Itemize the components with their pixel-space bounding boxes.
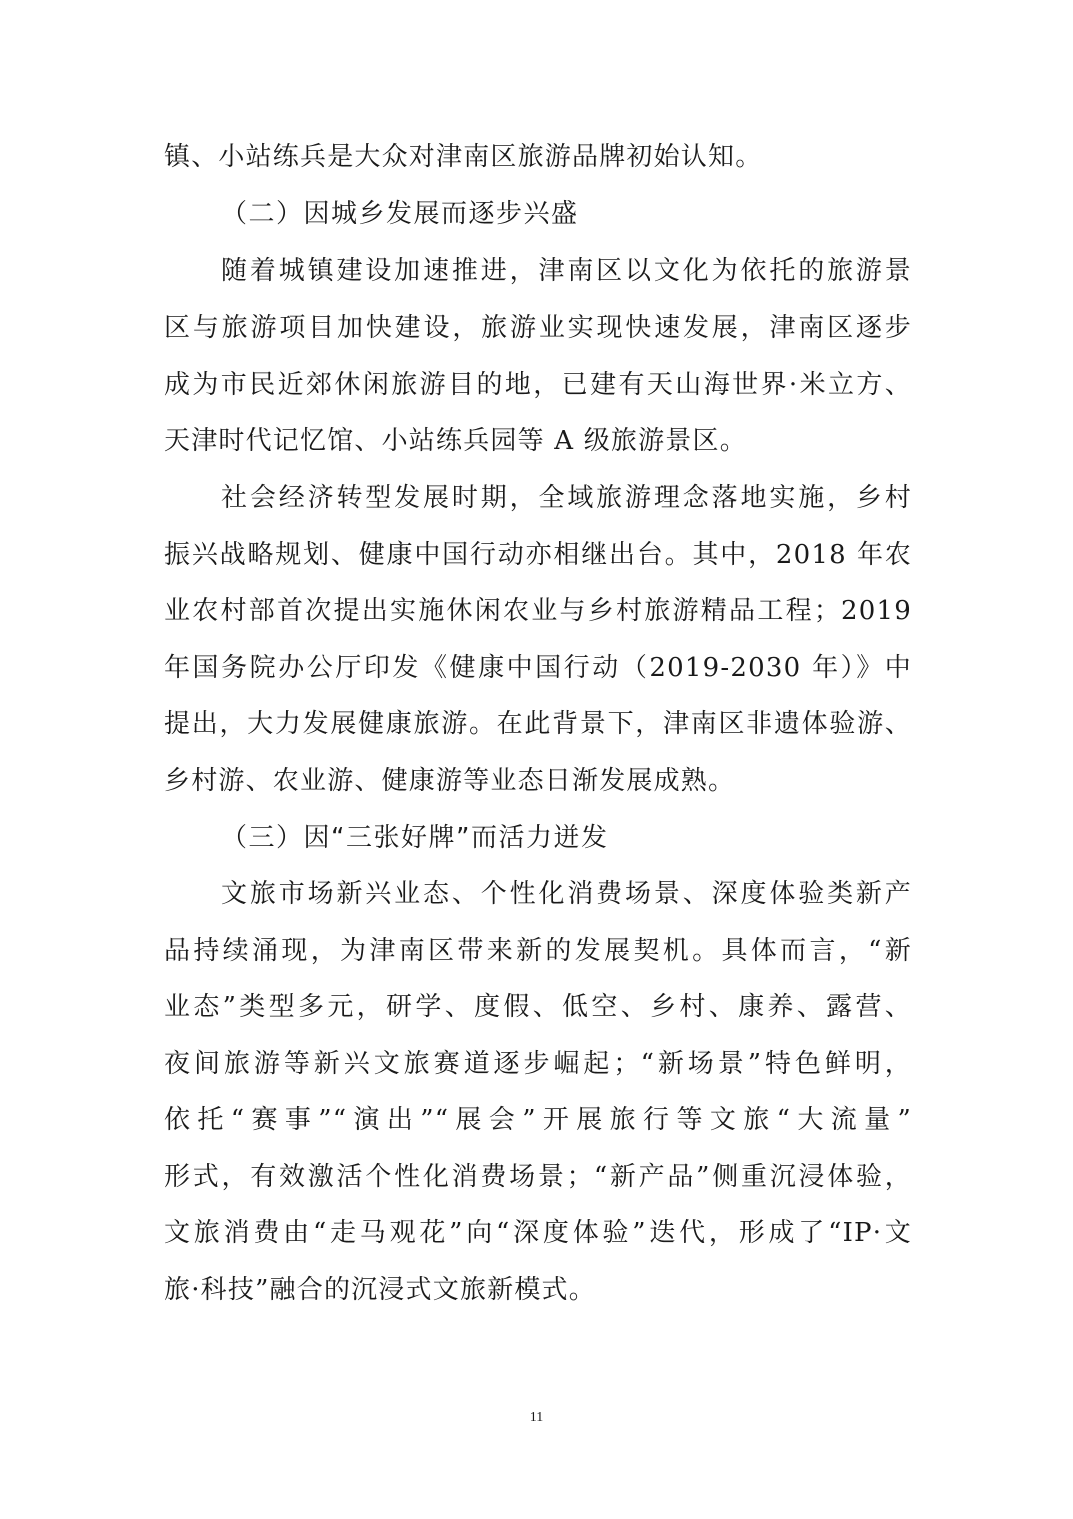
body-text-line: 业态”类型多元，研学、度假、低空、乡村、康养、露营、 bbox=[164, 990, 912, 1024]
body-text-line: 品持续涌现，为津南区带来新的发展契机。具体而言，“新 bbox=[164, 934, 912, 968]
document-page: 镇、小站练兵是大众对津南区旅游品牌初始认知。 （二）因城乡发展而逐步兴盛 随着城… bbox=[0, 0, 1073, 1519]
body-text-line: 振兴战略规划、健康中国行动亦相继出台。其中，2018 年农 bbox=[164, 538, 912, 572]
body-text-line: 依托“赛事”“演出”“展会”开展旅行等文旅“大流量” bbox=[164, 1103, 912, 1137]
body-text-line: 文旅消费由“走马观花”向“深度体验”迭代，形成了“IP·文 bbox=[164, 1216, 912, 1250]
body-text-line: 旅·科技”融合的沉浸式文旅新模式。 bbox=[164, 1273, 912, 1307]
body-text-line: 乡村游、农业游、健康游等业态日渐发展成熟。 bbox=[164, 764, 912, 798]
body-text-line: 区与旅游项目加快建设，旅游业实现快速发展，津南区逐步 bbox=[164, 311, 912, 345]
body-text-line: 文旅市场新兴业态、个性化消费场景、深度体验类新产 bbox=[221, 877, 912, 911]
body-text-line: 夜间旅游等新兴文旅赛道逐步崛起；“新场景”特色鲜明， bbox=[164, 1047, 912, 1081]
body-text-line: 形式，有效激活个性化消费场景；“新产品”侧重沉浸体验， bbox=[164, 1160, 912, 1194]
page-number: 11 bbox=[0, 1410, 1073, 1426]
section-heading-3: （三）因“三张好牌”而活力迸发 bbox=[221, 821, 608, 855]
body-text-line: 天津时代记忆馆、小站练兵园等 A 级旅游景区。 bbox=[164, 424, 912, 458]
body-text-line: 提出，大力发展健康旅游。在此背景下，津南区非遗体验游、 bbox=[164, 707, 912, 741]
body-text-line: 社会经济转型发展时期，全域旅游理念落地实施，乡村 bbox=[221, 481, 912, 515]
body-text-line: 随着城镇建设加速推进，津南区以文化为依托的旅游景 bbox=[221, 254, 912, 288]
body-text-line: 成为市民近郊休闲旅游目的地，已建有天山海世界·米立方、 bbox=[164, 368, 912, 402]
body-text-line: 年国务院办公厅印发《健康中国行动（2019-2030 年）》中 bbox=[164, 651, 912, 685]
section-heading-2: （二）因城乡发展而逐步兴盛 bbox=[221, 197, 579, 231]
body-text-line: 业农村部首次提出实施休闲农业与乡村旅游精品工程；2019 bbox=[164, 594, 912, 628]
body-text-line: 镇、小站练兵是大众对津南区旅游品牌初始认知。 bbox=[164, 140, 912, 174]
